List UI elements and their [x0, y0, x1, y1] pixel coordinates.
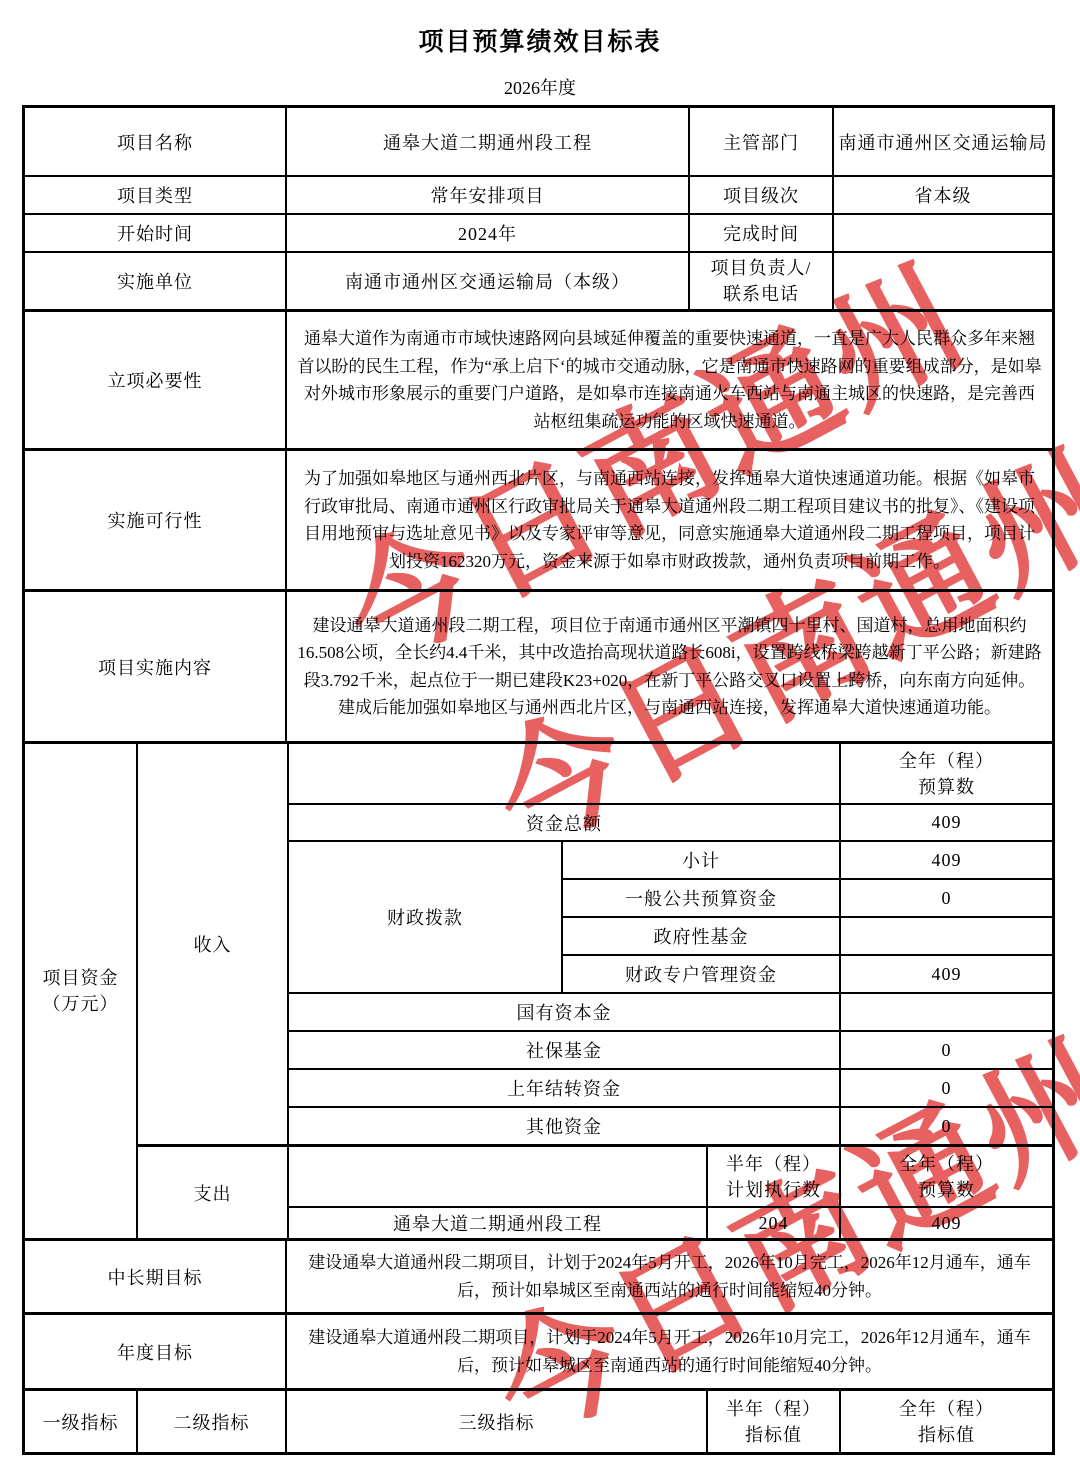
expense-project-row: 通皋大道二期通州段工程 204 409 [289, 1206, 1052, 1238]
special-account-row: 财政专户管理资金 409 [563, 954, 1052, 992]
social-security-row: 社保基金 0 [289, 1030, 1052, 1068]
general-budget-value: 0 [839, 880, 1052, 916]
row-project-type: 项目类型 常年安排项目 项目级次 省本级 [25, 175, 1052, 213]
mid-term-goal-text: 建设通皋大道通州段二期项目，计划于2024年5月开工，2026年10月完工，20… [297, 1249, 1042, 1304]
row-indicator-header: 一级指标 二级指标 三级指标 半年（程）指标值 全年（程）指标值 [25, 1388, 1052, 1452]
row-implement-unit: 实施单位 南通市通州区交通运输局（本级） 项目负责人/联系电话 [25, 251, 1052, 309]
budget-performance-table: 项目名称 通皋大道二期通州段工程 主管部门 南通市通州区交通运输局 项目类型 常… [22, 105, 1055, 1455]
total-funds-row: 资金总额 409 [289, 803, 1052, 840]
expense-header-spacer [289, 1147, 706, 1206]
annual-budget-header2-line2: 预算数 [899, 1177, 994, 1203]
fiscal-subtotal-row: 小计 409 [563, 842, 1052, 878]
other-funds-row: 其他资金 0 [289, 1106, 1052, 1144]
expense-label: 支出 [138, 1147, 287, 1238]
implement-unit-value: 南通市通州区交通运输局（本级） [285, 253, 688, 309]
funds-right: 收入 全年（程）预算数 资金总额 409 [136, 744, 1052, 1238]
necessity-text: 通皋大道作为南通市市域快速路网向县域延伸覆盖的重要快速通道，一直是广大人民群众多… [297, 325, 1042, 435]
other-funds-value: 0 [839, 1108, 1052, 1144]
fiscal-subtotal-value: 409 [839, 842, 1052, 878]
fiscal-appropriation-group: 财政拨款 小计 409 一般公共预算资金 0 [289, 840, 1052, 992]
project-type-label: 项目类型 [25, 177, 285, 213]
fiscal-subrows: 小计 409 一般公共预算资金 0 政府性基金 [561, 842, 1052, 992]
row-necessity: 立项必要性 通皋大道作为南通市市域快速路网向县域延伸覆盖的重要快速通道，一直是广… [25, 309, 1052, 448]
necessity-label: 立项必要性 [25, 312, 285, 448]
carryover-row: 上年结转资金 0 [289, 1068, 1052, 1106]
income-table: 全年（程）预算数 资金总额 409 财政拨款 小计 [287, 744, 1052, 1144]
half-year-indicator-line1: 半年（程） [726, 1396, 821, 1422]
gov-fund-value [839, 918, 1052, 954]
project-name-value: 通皋大道二期通州段工程 [285, 108, 688, 175]
social-security-label: 社保基金 [289, 1032, 839, 1068]
carryover-value: 0 [839, 1070, 1052, 1106]
manager-value [832, 253, 1052, 309]
start-time-value: 2024年 [285, 215, 688, 251]
total-funds-value: 409 [839, 805, 1052, 840]
income-label: 收入 [138, 744, 287, 1144]
annual-budget-header: 全年（程）预算数 [839, 744, 1052, 803]
finish-time-label: 完成时间 [688, 215, 832, 251]
annual-budget-header-line2: 预算数 [899, 774, 994, 800]
income-section: 收入 全年（程）预算数 资金总额 409 [138, 744, 1052, 1144]
feasibility-text-cell: 为了加强如皋地区与通州西北片区，与南通西站连接，发挥通皋大道快速通道功能。根据《… [285, 451, 1052, 589]
necessity-text-cell: 通皋大道作为南通市市域快速路网向县域延伸覆盖的重要快速通道，一直是广大人民群众多… [285, 312, 1052, 448]
annual-goal-label: 年度目标 [25, 1315, 285, 1388]
annual-indicator-line2: 指标值 [899, 1422, 994, 1448]
expense-section: 支出 半年（程）计划执行数 全年（程）预算数 通皋大道二期 [138, 1144, 1052, 1238]
implementation-label: 项目实施内容 [25, 592, 285, 741]
fiscal-appropriation-label: 财政拨款 [289, 842, 561, 992]
gov-fund-label: 政府性基金 [563, 918, 839, 954]
project-type-value: 常年安排项目 [285, 177, 688, 213]
income-header-spacer [289, 744, 839, 803]
half-year-indicator-header: 半年（程）指标值 [706, 1391, 839, 1452]
finish-time-value [832, 215, 1052, 251]
state-capital-value [839, 994, 1052, 1030]
annual-indicator-header: 全年（程）指标值 [839, 1391, 1052, 1452]
special-account-label: 财政专户管理资金 [563, 956, 839, 992]
half-year-exec-header-line1: 半年（程） [726, 1151, 821, 1177]
implementation-text: 建设通皋大道通州段二期工程，项目位于南通市通州区平潮镇四十里村、国道村，总用地面… [297, 612, 1042, 722]
mid-term-goal-label: 中长期目标 [25, 1241, 285, 1312]
project-level-value: 省本级 [832, 177, 1052, 213]
feasibility-label: 实施可行性 [25, 451, 285, 589]
project-name-label: 项目名称 [25, 108, 285, 175]
start-time-label: 开始时间 [25, 215, 285, 251]
half-year-indicator-line2: 指标值 [726, 1422, 821, 1448]
implement-unit-label: 实施单位 [25, 253, 285, 309]
annual-budget-header-2: 全年（程）预算数 [839, 1147, 1052, 1206]
carryover-label: 上年结转资金 [289, 1070, 839, 1106]
fiscal-subtotal-label: 小计 [563, 842, 839, 878]
annual-goal-cell: 建设通皋大道通州段二期项目，计划于2024年5月开工，2026年10月完工，20… [285, 1315, 1052, 1388]
manager-label-line2: 联系电话 [710, 281, 811, 307]
general-budget-row: 一般公共预算资金 0 [563, 878, 1052, 916]
annual-budget-header2-line1: 全年（程） [899, 1151, 994, 1177]
level2-indicator-header: 二级指标 [136, 1391, 285, 1452]
state-capital-label: 国有资本金 [289, 994, 839, 1030]
annual-budget-header-line1: 全年（程） [899, 748, 994, 774]
manager-label: 项目负责人/联系电话 [688, 253, 832, 309]
expense-half-value: 204 [706, 1208, 839, 1238]
dept-value: 南通市通州区交通运输局 [832, 108, 1052, 175]
annual-indicator-line1: 全年（程） [899, 1396, 994, 1422]
expense-annual-value: 409 [839, 1208, 1052, 1238]
project-level-label: 项目级次 [688, 177, 832, 213]
state-capital-row: 国有资本金 [289, 992, 1052, 1030]
half-year-exec-header-line2: 计划执行数 [726, 1177, 821, 1203]
social-security-value: 0 [839, 1032, 1052, 1068]
income-header-row: 全年（程）预算数 [289, 744, 1052, 803]
row-feasibility: 实施可行性 为了加强如皋地区与通州西北片区，与南通西站连接，发挥通皋大道快速通道… [25, 448, 1052, 589]
half-year-exec-header: 半年（程）计划执行数 [706, 1147, 839, 1206]
feasibility-text: 为了加强如皋地区与通州西北片区，与南通西站连接，发挥通皋大道快速通道功能。根据《… [297, 465, 1042, 575]
dept-label: 主管部门 [688, 108, 832, 175]
funds-label-line1: 项目资金 [43, 965, 119, 991]
row-implementation: 项目实施内容 建设通皋大道通州段二期工程，项目位于南通市通州区平潮镇四十里村、国… [25, 589, 1052, 741]
total-funds-label: 资金总额 [289, 805, 839, 840]
expense-header-row: 半年（程）计划执行数 全年（程）预算数 [289, 1147, 1052, 1206]
row-start-time: 开始时间 2024年 完成时间 [25, 213, 1052, 251]
project-funds-block: 项目资金（万元） 收入 全年（程）预算数 资金总额 4 [25, 741, 1052, 1238]
funds-label-line2: （万元） [43, 991, 119, 1017]
expense-table: 半年（程）计划执行数 全年（程）预算数 通皋大道二期通州段工程 204 409 [287, 1147, 1052, 1238]
manager-label-line1: 项目负责人/ [710, 255, 811, 281]
fiscal-year-subtitle: 2026年度 [0, 74, 1080, 100]
expense-project-name: 通皋大道二期通州段工程 [289, 1208, 706, 1238]
gov-fund-row: 政府性基金 [563, 916, 1052, 954]
other-funds-label: 其他资金 [289, 1108, 839, 1144]
funds-label: 项目资金（万元） [25, 744, 136, 1238]
row-mid-term-goal: 中长期目标 建设通皋大道通州段二期项目，计划于2024年5月开工，2026年10… [25, 1238, 1052, 1312]
general-budget-label: 一般公共预算资金 [563, 880, 839, 916]
special-account-value: 409 [839, 956, 1052, 992]
level3-indicator-header: 三级指标 [285, 1391, 706, 1452]
row-annual-goal: 年度目标 建设通皋大道通州段二期项目，计划于2024年5月开工，2026年10月… [25, 1312, 1052, 1388]
level1-indicator-header: 一级指标 [25, 1391, 136, 1452]
annual-goal-text: 建设通皋大道通州段二期项目，计划于2024年5月开工，2026年10月完工，20… [297, 1324, 1042, 1379]
row-project-name: 项目名称 通皋大道二期通州段工程 主管部门 南通市通州区交通运输局 [25, 108, 1052, 175]
page-title: 项目预算绩效目标表 [0, 22, 1080, 58]
mid-term-goal-cell: 建设通皋大道通州段二期项目，计划于2024年5月开工，2026年10月完工，20… [285, 1241, 1052, 1312]
implementation-text-cell: 建设通皋大道通州段二期工程，项目位于南通市通州区平潮镇四十里村、国道村，总用地面… [285, 592, 1052, 741]
document-page: 今日南通州 今日南通州 今日南通州 项目预算绩效目标表 2026年度 项目名称 … [0, 0, 1080, 1478]
